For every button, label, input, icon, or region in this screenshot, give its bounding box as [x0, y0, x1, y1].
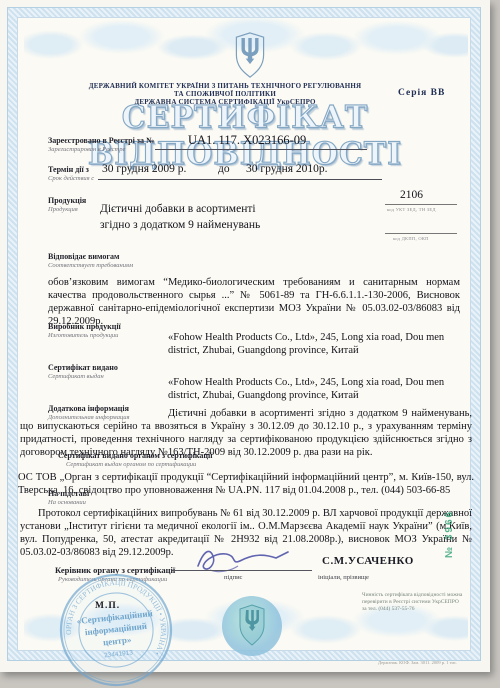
- registration-number: UA1. 117. X023166-09: [188, 133, 306, 148]
- basis-label-ua: На підставі: [48, 489, 89, 498]
- issued-to-label-ru: Сертификат выдан: [48, 373, 104, 380]
- product-label-ua: Продукція: [48, 196, 86, 205]
- verification-note-line-1: Чинність сертифіката відповідності можна: [362, 592, 472, 599]
- registration-underline: [155, 149, 367, 150]
- validity-from: 30 грудня 2009 р.: [102, 163, 186, 175]
- validity-underline: [98, 179, 382, 180]
- manufacturer-label-ua: Виробник продукції: [48, 322, 121, 331]
- validity-to-word: до: [218, 163, 230, 175]
- signature-caption: підпис: [224, 574, 242, 581]
- issuing-body-label-ru: Сертификат выдан органом по сертификации: [66, 461, 196, 468]
- signature-icon: [180, 540, 300, 574]
- conforms-text: обов’язковим вимогам “Медико-биологическ…: [48, 276, 460, 328]
- issuing-body-label-ua: Сертифікат видано органом з сертифікації: [58, 451, 212, 460]
- product-label-ru: Продукция: [48, 206, 78, 213]
- conforms-label-ua: Відповідає вимогам: [48, 252, 119, 261]
- print-house-note: Держзнак. КОФ. Зам. 3011. 2009 р. 1 тис.: [378, 660, 457, 665]
- head-name: С.М.УСАЧЕНКО: [322, 555, 414, 567]
- verification-note: Чинність сертифіката відповідності можна…: [362, 592, 472, 613]
- authority-line-2: ТА СПОЖИВЧОЇ ПОЛІТИКИ: [60, 90, 390, 98]
- verification-note-line-3: за тел. (044) 537-55-76: [362, 606, 472, 613]
- registered-label-ru: Зарегистрирован в Реестре: [48, 146, 125, 153]
- product-code: 2106: [400, 189, 423, 201]
- manufacturer-text: «Fohow Health Products Co., Ltd», 245, L…: [168, 331, 464, 357]
- product-line-1: Дієтичні добавки в асортименті: [100, 203, 256, 215]
- code-caption-1: код УКТ ЗЕД, ТН ЗЕД: [387, 207, 436, 212]
- authority-line-1: ДЕРЖАВНИЙ КОМІТЕТ УКРАЇНИ З ПИТАНЬ ТЕХНІ…: [60, 82, 390, 90]
- validity-to: 30 грудня 2010р.: [246, 163, 328, 175]
- code-underline-2: [385, 233, 457, 234]
- blank-serial-number: № 3966: [444, 489, 456, 579]
- trident-emblem-icon: [233, 30, 267, 80]
- code-underline-1: [385, 204, 457, 205]
- issued-to-label-ua: Сертифікат видано: [48, 363, 118, 372]
- certificate-page: ДЕРЖАВНИЙ КОМІТЕТ УКРАЇНИ З ПИТАНЬ ТЕХНІ…: [0, 0, 500, 688]
- validity-label-ua: Термін дії з: [48, 165, 89, 174]
- name-caption: ініціали, прізвище: [318, 574, 369, 581]
- seal-mark: М.П.: [95, 601, 120, 611]
- code-caption-2: код ДКПП, ОКП: [393, 236, 429, 241]
- validity-label-ru: Срок действия с: [48, 175, 94, 182]
- basis-label-ru: На основании: [48, 499, 86, 506]
- conforms-label-ru: Соответствует требованиям: [48, 262, 133, 269]
- hologram-trident-icon: [221, 595, 283, 657]
- signature-underline: [172, 570, 312, 571]
- registered-label-ua: Зареєстровано в Реєстрі за №: [48, 136, 154, 145]
- certification-body-stamp-icon: ОРГАН З СЕРТИФІКАЦІЇ ПРОДУКЦІЇ • УКРАЇНА…: [50, 564, 182, 688]
- issued-to-text: «Fohow Health Products Co., Ltd», 245, L…: [168, 376, 464, 402]
- series-label: Серія ВВ: [398, 88, 445, 98]
- product-line-2: згідно з додатком 9 найменувань: [100, 219, 260, 231]
- manufacturer-label-ru: Изготовитель продукции: [48, 332, 118, 339]
- verification-note-line-2: перевірити в Реєстрі системи УкрСЕПРО: [362, 599, 472, 606]
